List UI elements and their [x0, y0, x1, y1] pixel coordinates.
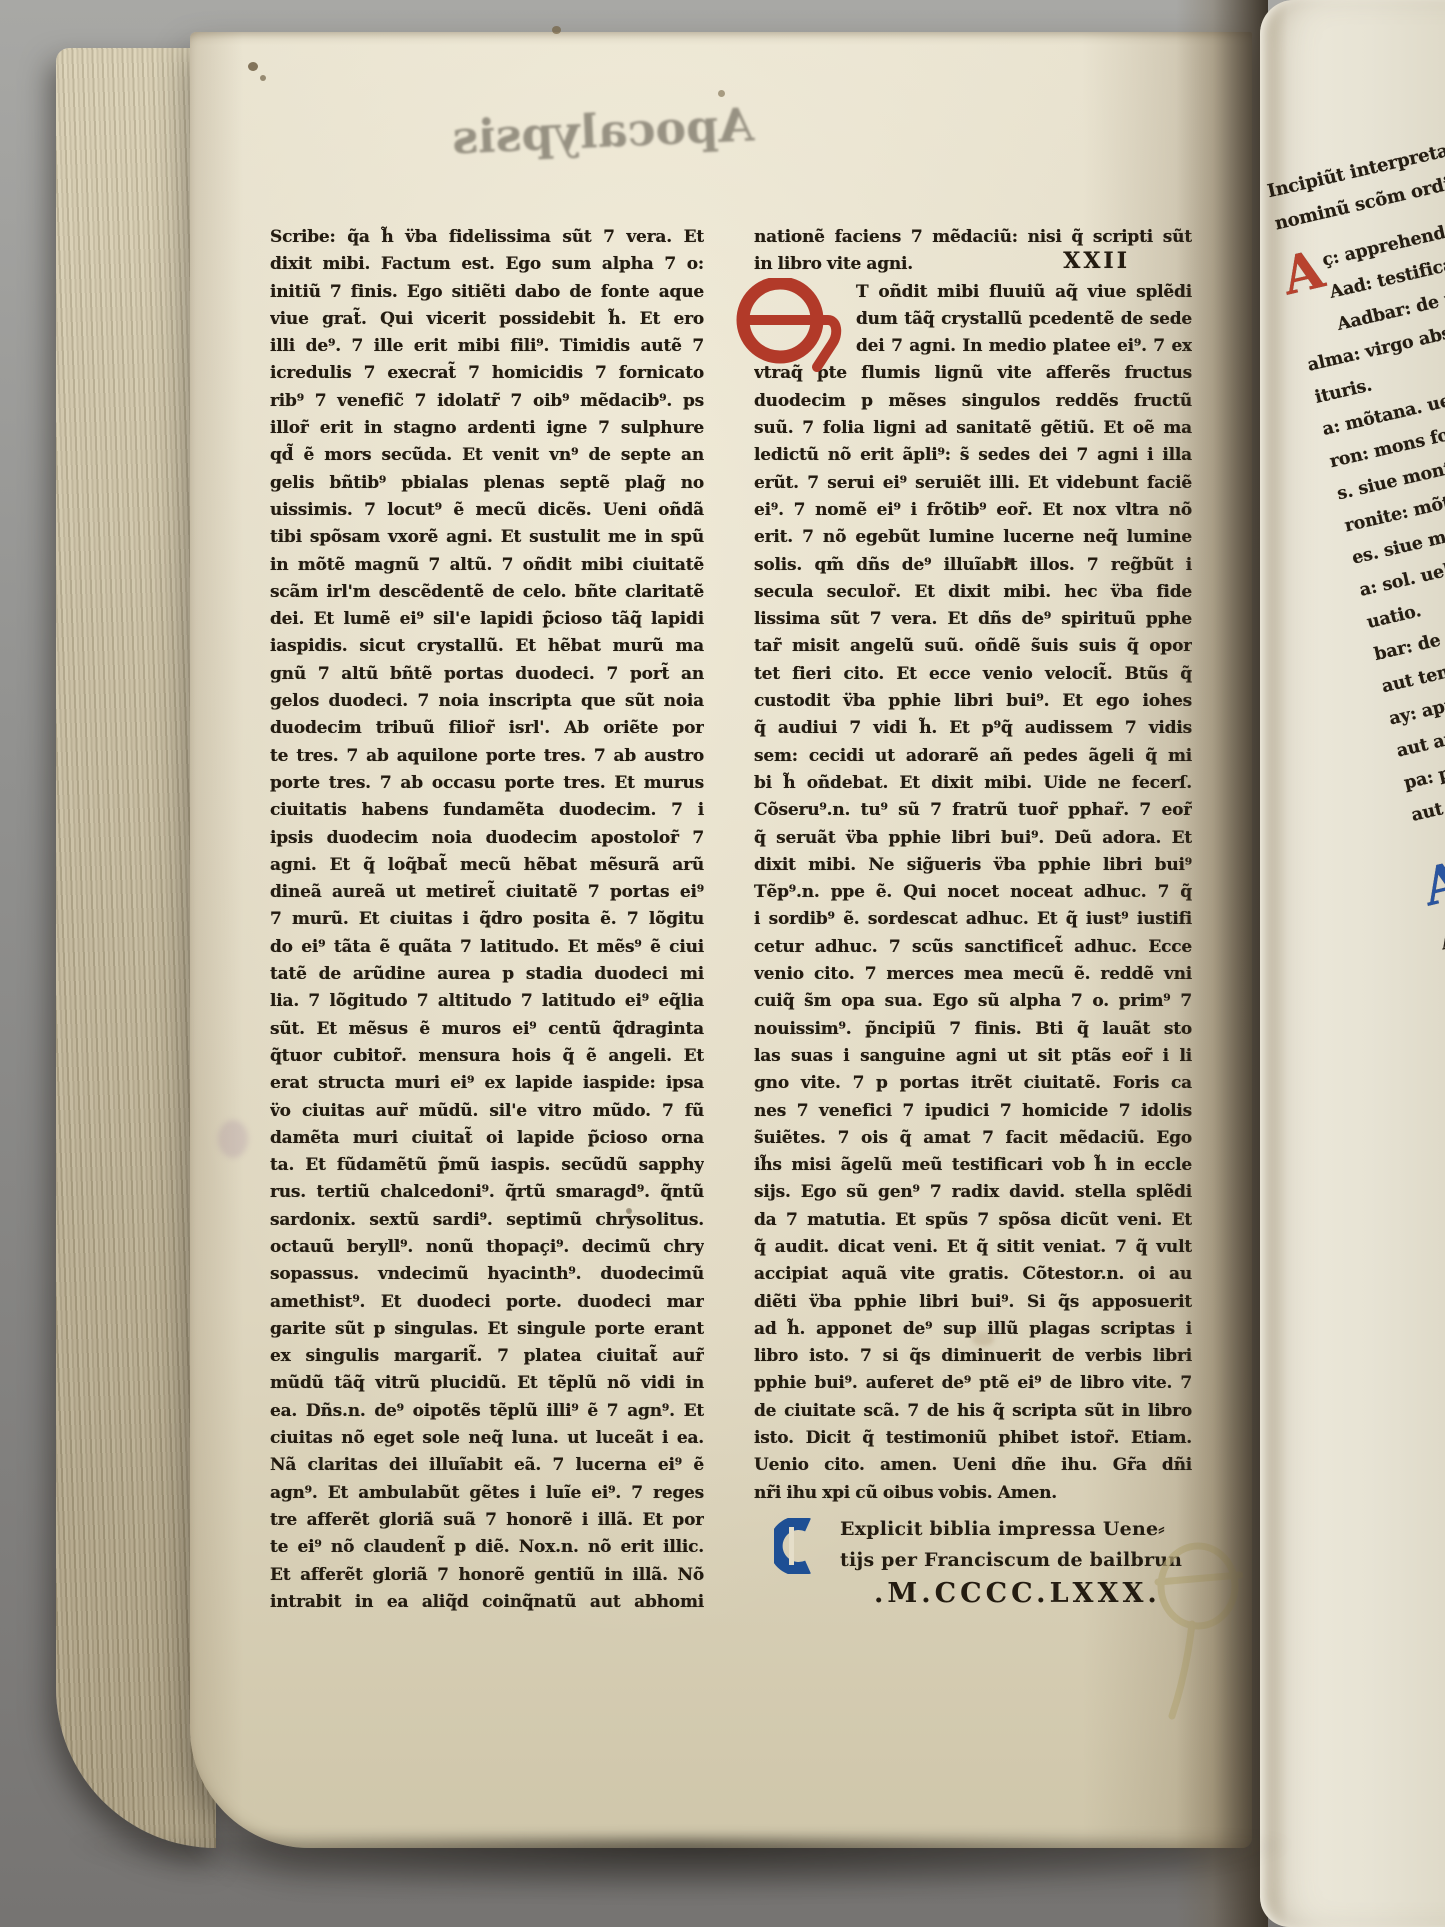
text-line: Uenio cito. amen. Ueni dñe ihu. Gr̃a dñi — [754, 1452, 1192, 1479]
text-line: agni. Et q̃ loq̃bat̃ mecũ hẽbat mẽsurã a… — [270, 852, 704, 879]
colophon-date: .M.CCCC.LXXX. — [874, 1578, 1182, 1609]
text-line: scãm irl'm descẽdentẽ de celo. bñte clar… — [270, 579, 704, 606]
text-line: in mõtẽ magnũ 7 altũ. 7 oñdit mibi ciuit… — [270, 552, 704, 579]
text-line: erat structa muri ei⁹ ex lapide iaspide:… — [270, 1070, 704, 1097]
stain-spot — [260, 75, 266, 81]
text-line: ei⁹. 7 nomẽ ei⁹ i frõtib⁹ eor̃. Et nox v… — [754, 497, 1192, 524]
text-line: ea. Dñs.n. de⁹ oipotẽs tẽplũ illi⁹ ẽ 7 a… — [270, 1398, 704, 1425]
text-line: te ei⁹ nõ claudent̃ p diẽ. Nox.n. nõ eri… — [270, 1534, 704, 1561]
text-line: amethist⁹. Et duodeci porte. duodeci mar — [270, 1289, 704, 1316]
stain-spot — [1006, 558, 1013, 565]
text-line: duodecim tribuũ filior̃ isrl'. Ab oriẽte… — [270, 715, 704, 742]
showthrough-running-title: Apocalypsis — [447, 87, 760, 174]
text-line: dineã aureã ut metiret̃ ciuitatẽ 7 porta… — [270, 879, 704, 906]
text-line: dei. Et lumẽ ei⁹ sil'e lapidi p̃cioso tã… — [270, 606, 704, 633]
text-line: rus. tertiũ chalcedoni⁹. q̃rtũ smaragd⁹.… — [270, 1179, 704, 1206]
chapter-initial-E — [728, 278, 848, 378]
chapter-heading-line: in libro vite agni.XXII — [754, 251, 1192, 278]
text-line: cuiq̃ s̃m opa sua. Ego sũ alpha 7 o. pri… — [754, 988, 1192, 1015]
text-line: iaspidis. sicut crystallũ. Et hẽbat murũ… — [270, 633, 704, 660]
text-line: ta. Et fũdamẽtũ p̃mũ iaspis. secũdũ sapp… — [270, 1152, 704, 1179]
text-line: isto. Dicit q̃ testimoniũ phibet istor̃.… — [754, 1425, 1192, 1452]
text-line: mũdũ tãq̃ vitrũ plucidũ. Et tẽplũ nõ vid… — [270, 1370, 704, 1397]
text-line: v̈o ciuitas aur̃ mũdũ. sil'e vitro mũdo.… — [270, 1098, 704, 1125]
book-shadow — [60, 1838, 1300, 1898]
text-line: tar̃ misit angelũ suũ. oñdẽ s̃uis suis q… — [754, 633, 1192, 660]
text-line: accipiat aquã vite gratis. Cõtestor.n. o… — [754, 1261, 1192, 1288]
text-line: illor̃ erit in stagno ardenti igne 7 sul… — [270, 415, 704, 442]
text-line: duodecim p mẽses singulos reddẽs fructũ — [754, 388, 1192, 415]
text-line: gno vite. 7 p portas itrẽt ciuitatẽ. For… — [754, 1070, 1192, 1097]
text-line: q̃ audiui 7 vidi h̃. Et p⁹q̃ audissem 7 … — [754, 715, 1192, 742]
text-line: uissimis. 7 locut⁹ ẽ mecũ dicẽs. Ueni oñ… — [270, 497, 704, 524]
text-line: intrabit in ea aliq̃d coinq̃natũ aut abh… — [270, 1589, 704, 1616]
text-line: solis. qm̃ dñs de⁹ illuĩabit illos. 7 re… — [754, 552, 1192, 579]
text-line: icredulis 7 execrat̃ 7 homicidis 7 forni… — [270, 360, 704, 387]
text-line: las suas i sanguine agni ut sit ptãs eor… — [754, 1043, 1192, 1070]
text-line: erũt. 7 serui ei⁹ seruiẽt illi. Et videb… — [754, 470, 1192, 497]
text-line: initiũ 7 finis. Ego sitiẽti dabo de font… — [270, 279, 704, 306]
text-line: do ei⁹ tãta ẽ quãta 7 latitudo. Et mẽs⁹ … — [270, 934, 704, 961]
text-line: custodit v̈ba pphie libri bui⁹. Et ego i… — [754, 688, 1192, 715]
stain-spot — [626, 1208, 632, 1214]
text-line: ciuitas nõ eget sole neq̃ luna. ut luceã… — [270, 1425, 704, 1452]
text-line: sijs. Ego sũ gen⁹ 7 radix david. stella … — [754, 1179, 1192, 1206]
text-line: q̃ audit. dicat veni. Et q̃ sitit veniat… — [754, 1234, 1192, 1261]
text-line: sũt. Et mẽsus ẽ muros ei⁹ centũ q̃dragin… — [270, 1016, 704, 1043]
text-line: sopassus. vndecimũ hyacinth⁹. duodecimũ — [270, 1261, 704, 1288]
text-line: rib⁹ 7 venefic̃ 7 idolatr̃ 7 oib⁹ mẽdaci… — [270, 388, 704, 415]
text-column-right: nationẽ faciens 7 mẽdaciũ: nisi q̃ scrip… — [754, 224, 1192, 1507]
text-line: Nã claritas dei illuĩabit eã. 7 lucerna … — [270, 1452, 704, 1479]
text-line: agn⁹. Et ambulabũt gẽtes i luĩe ei⁹. 7 r… — [270, 1480, 704, 1507]
text-line: sardonix. sextũ sardi⁹. septimũ chrysoli… — [270, 1207, 704, 1234]
gutter-shadow — [1176, 0, 1268, 1927]
chapter-number: XXII — [1063, 251, 1130, 275]
stain-spot — [972, 1332, 994, 1346]
text-line: secula seculor̃. Et dixit mibi. hec v̈ba… — [754, 579, 1192, 606]
text-line: lia. 7 lõgitudo 7 altitudo 7 latitudo ei… — [270, 988, 704, 1015]
text-line: nouissim⁹. p̃ncipiũ 7 finis. Bti q̃ lauã… — [754, 1016, 1192, 1043]
text-line: Et afferẽt gloriã 7 honorẽ gentiũ in ill… — [270, 1562, 704, 1589]
text-line: ih̃s misi ãgelũ meũ testificari vob h̃ i… — [754, 1152, 1192, 1179]
colophon-line-2: tijs per Franciscum de bailbrun — [840, 1545, 1182, 1576]
text-line: qd̃ ẽ mors secũda. Et venit vn⁹ de septe… — [270, 442, 704, 469]
text-line: ex singulis margarit̃. 7 platea ciuitat̃… — [270, 1343, 704, 1370]
text-line: de ciuitate scã. 7 de his q̃ scripta sũt… — [754, 1398, 1192, 1425]
text-line: erit. 7 nõ egebũt lumine lucerne neq̃ lu… — [754, 524, 1192, 551]
stain-spot — [552, 26, 561, 34]
text-line: bi h̃ oñdebat. Et dixit mibi. Uide ne fe… — [754, 770, 1192, 797]
text-line: gnũ 7 altũ bñtẽ portas duodeci. 7 port̃ … — [270, 661, 704, 688]
text-line: ciuitatis habens fundamẽta duodecim. 7 i — [270, 797, 704, 824]
chapter-heading-text: in libro vite agni. — [754, 251, 913, 278]
text-line: ledictũ nõ erit ãpli⁹: s̃ sedes dei 7 ag… — [754, 442, 1192, 469]
colophon: Explicit biblia impressa Uene⸗ tijs per … — [754, 1514, 1194, 1609]
text-line: da 7 matutia. Et spũs 7 spõsa dicũt veni… — [754, 1207, 1192, 1234]
text-line: lissima sũt 7 vera. Et dñs de⁹ spirituũ … — [754, 606, 1192, 633]
text-line: ipsis duodecim noia duodecim apostolor̃ … — [270, 825, 704, 852]
text-line: dixit mibi. Factum est. Ego sum alpha 7 … — [270, 251, 704, 278]
text-line: i sordib⁹ ẽ. sordescat adhuc. Et q̃ iust… — [754, 906, 1192, 933]
text-column-left: Scribe: q̃a h̃ v̈ba fidelissima sũt 7 ve… — [270, 224, 704, 1616]
text-line: sem: cecidi ut adorarẽ añ pedes ãgeli q̃… — [754, 743, 1192, 770]
right-page-content: Incipiũt interpretatiões hnominũ scõm or… — [1264, 32, 1445, 1829]
text-line: garite sũt p singulas. Et singule porte … — [270, 1316, 704, 1343]
text-line: nes 7 venefici 7 ipudici 7 homicide 7 id… — [754, 1098, 1192, 1125]
photo-open-incunable-book: Apocalypsis Scribe: q̃a h̃ v̈ba fideliss… — [0, 0, 1445, 1927]
text-line: libro isto. 7 si q̃s diminuerit de verbi… — [754, 1343, 1192, 1370]
text-line: porte tres. 7 ab occasu porte tres. Et m… — [270, 770, 704, 797]
text-line: Tẽp⁹.n. ppe ẽ. Qui nocet noceat adhuc. 7… — [754, 879, 1192, 906]
text-line: q̃ seruãt v̈ba pphie libri bui⁹. Deũ ado… — [754, 825, 1192, 852]
stain-spot — [218, 1120, 248, 1158]
text-line: pphie bui⁹. auferet de⁹ ptẽ ei⁹ de libro… — [754, 1370, 1192, 1397]
text-line: tatẽ de arũdine aurea p stadia duodeci m… — [270, 961, 704, 988]
text-line: viue grat̃. Qui vicerit possidebit h̃. E… — [270, 306, 704, 333]
text-line: te tres. 7 ab aquilone porte tres. 7 ab … — [270, 743, 704, 770]
text-line: 7 murũ. Et ciuitas i q̃dro posita ẽ. 7 l… — [270, 906, 704, 933]
text-line: Cõseru⁹.n. tu⁹ sũ 7 fratrũ tuor̃ pphar̃.… — [754, 797, 1192, 824]
stain-spot — [248, 62, 258, 71]
text-line: nr̃i ihu xpi cũ oibus vobis. Amen. — [754, 1480, 1192, 1507]
text-line: gelis bñtib⁹ pbialas plenas septẽ plag̃ … — [270, 470, 704, 497]
text-line: venio cito. 7 merces mea mecũ ẽ. reddẽ v… — [754, 961, 1192, 988]
text-line: tre afferẽt gloriã suã 7 honorẽ i illã. … — [270, 1507, 704, 1534]
right-page: Incipiũt interpretatiões hnominũ scõm or… — [1260, 0, 1445, 1927]
text-line: s̃uiẽtes. 7 ois q̃ amat 7 facit mẽdaciũ.… — [754, 1125, 1192, 1152]
text-line: nationẽ faciens 7 mẽdaciũ: nisi q̃ scrip… — [754, 224, 1192, 251]
text-line: suũ. 7 folia ligni ad sanitatẽ gẽtiũ. Et… — [754, 415, 1192, 442]
text-line: diẽti v̈ba pphie libri bui⁹. Si q̃s appo… — [754, 1289, 1192, 1316]
left-page: Apocalypsis Scribe: q̃a h̃ v̈ba fideliss… — [190, 32, 1252, 1848]
text-line: q̃tuor cubitor̃. mensura hois q̃ ẽ angel… — [270, 1043, 704, 1070]
text-line: cetur adhuc. 7 scũs sanctificet̃ adhuc. … — [754, 934, 1192, 961]
stain-spot — [718, 90, 725, 97]
text-line: damẽta muri ciuitat̃ oi lapide p̃cioso o… — [270, 1125, 704, 1152]
text-line: tet fieri cito. Et ecce venio velocit̃. … — [754, 661, 1192, 688]
text-line: illi de⁹. 7 ille erit mibi fili⁹. Timidi… — [270, 333, 704, 360]
text-line: dixit mibi. Ne sig̃ueris v̈ba pphie libr… — [754, 852, 1192, 879]
text-line: Scribe: q̃a h̃ v̈ba fidelissima sũt 7 ve… — [270, 224, 704, 251]
text-line: gelos duodeci. 7 noia inscripta que sũt … — [270, 688, 704, 715]
text-line: octauũ beryll⁹. nonũ thopaçi⁹. decimũ ch… — [270, 1234, 704, 1261]
text-line: tibi spõsam vxorẽ agni. Et sustulit me i… — [270, 524, 704, 551]
pilcrow-icon — [774, 1518, 812, 1574]
colophon-line-1: Explicit biblia impressa Uene⸗ — [840, 1514, 1182, 1545]
